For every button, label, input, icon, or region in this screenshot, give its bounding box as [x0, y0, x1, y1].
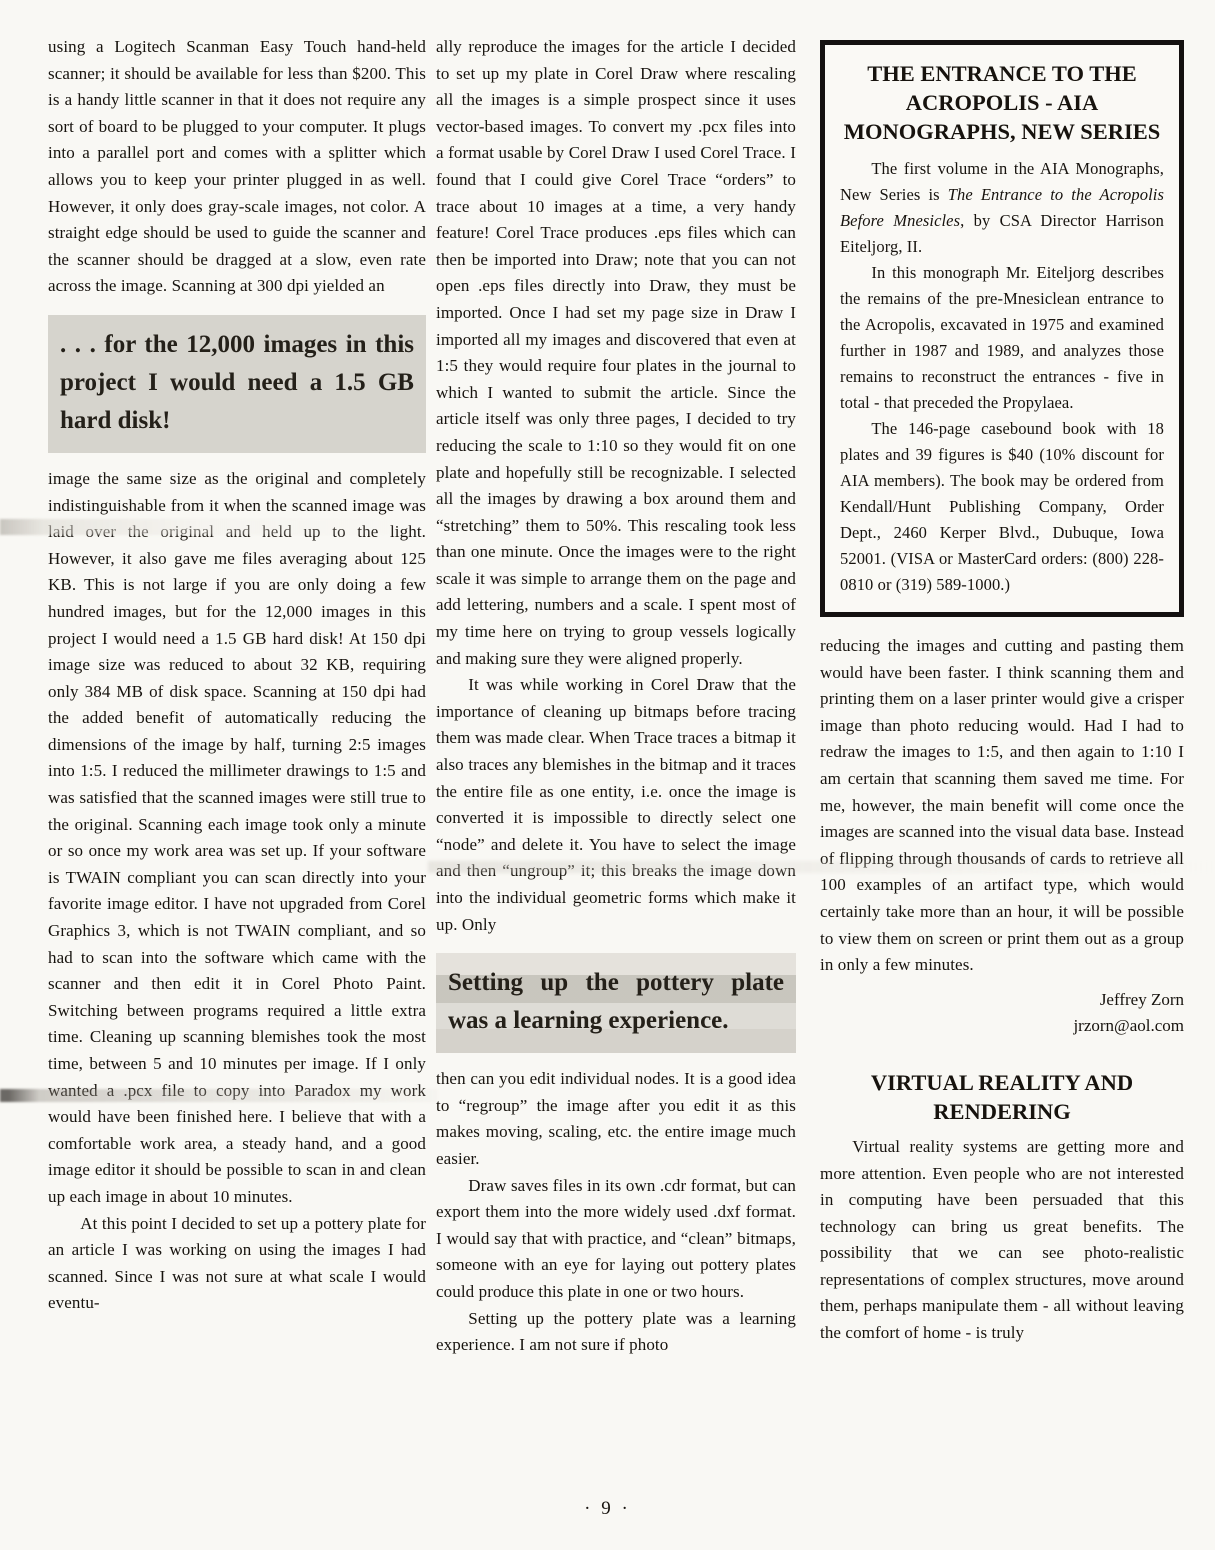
paragraph-edit-nodes: then can you edit individual nodes. It i… — [436, 1066, 796, 1172]
pull-quote-learning-experience: Setting up the pottery plate was a learn… — [436, 953, 796, 1053]
page-number: · 9 · — [0, 1498, 1215, 1520]
paragraph-cdr-format: Draw saves files in its own .cdr format,… — [436, 1173, 796, 1306]
paragraph-reducing-images: reducing the images and cutting and past… — [820, 633, 1184, 979]
box-paragraph-first-volume: The first volume in the AIA Monographs, … — [840, 156, 1164, 260]
column-left: using a Logitech Scanman Easy Touch hand… — [48, 34, 426, 1317]
paragraph-scan-results: image the same size as the original and … — [48, 466, 426, 1211]
paragraph-cleaning-bitmaps: It was while working in Corel Draw that … — [436, 672, 796, 938]
paragraph-scanner-intro: using a Logitech Scanman Easy Touch hand… — [48, 34, 426, 300]
box-title: THE ENTRANCE TO THE ACROPOLIS - AIA MONO… — [840, 59, 1164, 146]
paragraph-pottery-plate-start: At this point I decided to set up a pott… — [48, 1211, 426, 1317]
scanned-newsletter-page: using a Logitech Scanman Easy Touch hand… — [0, 0, 1215, 1550]
acropolis-announcement-box: THE ENTRANCE TO THE ACROPOLIS - AIA MONO… — [820, 40, 1184, 617]
paragraph-virtual-reality: Virtual reality systems are getting more… — [820, 1134, 1184, 1347]
pull-quote-hard-disk: . . . for the 12,000 images in this proj… — [48, 315, 426, 453]
box-paragraph-monograph: In this monograph Mr. Eiteljorg describe… — [840, 260, 1164, 416]
column-middle: ally reproduce the images for the articl… — [436, 34, 796, 1359]
paragraph-corel-draw: ally reproduce the images for the articl… — [436, 34, 796, 672]
section-title-virtual-reality: VIRTUAL REALITY AND RENDERING — [820, 1068, 1184, 1126]
author-name: Jeffrey Zorn — [820, 987, 1184, 1014]
paragraph-setting-up-plate: Setting up the pottery plate was a learn… — [436, 1306, 796, 1359]
column-right: THE ENTRANCE TO THE ACROPOLIS - AIA MONO… — [820, 40, 1184, 1347]
author-signature: Jeffrey Zorn jrzorn@aol.com — [820, 987, 1184, 1040]
author-email: jrzorn@aol.com — [820, 1013, 1184, 1040]
box-paragraph-ordering: The 146-page casebound book with 18 plat… — [840, 416, 1164, 598]
